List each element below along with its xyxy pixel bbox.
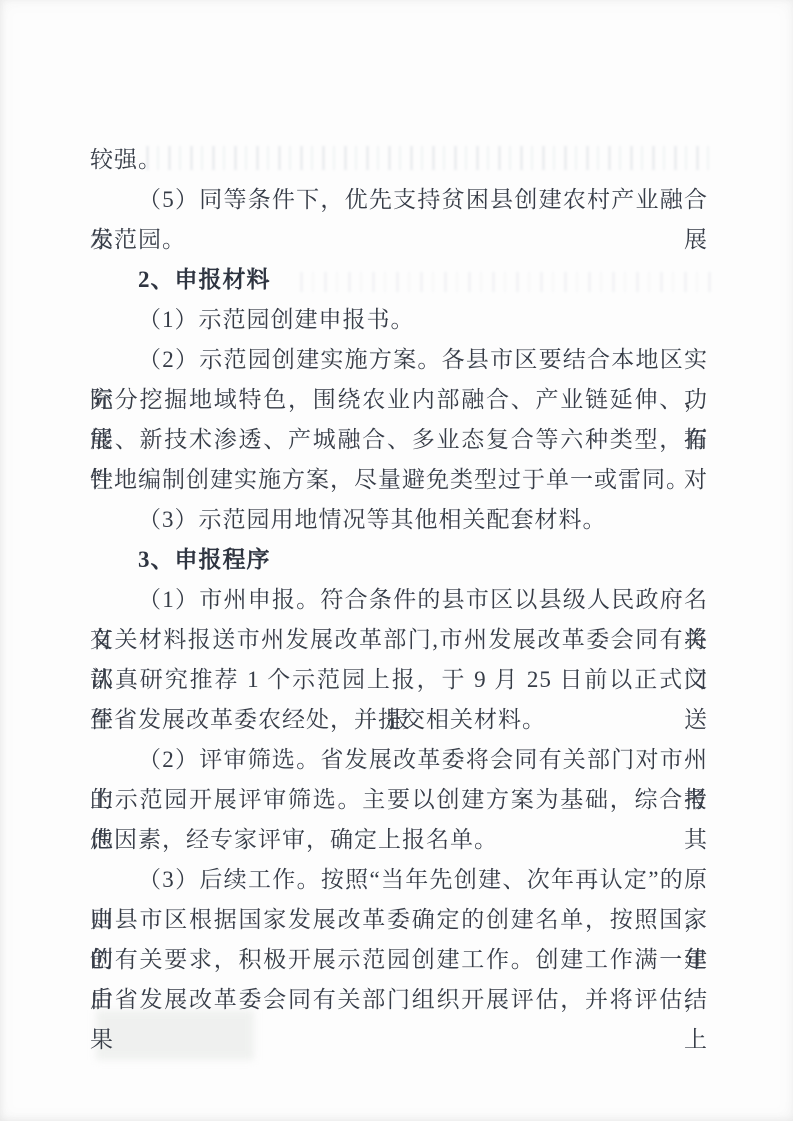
text-line: （3）后续工作。按照“当年先创建、次年再认定”的原则， (90, 860, 708, 900)
text-line: 有关材料报送市州发展改革部门,市州发展改革委会同有关部门 (90, 620, 708, 660)
text-line: （2）评审筛选。省发展改革委将会同有关部门对市州上报 (90, 740, 708, 780)
text-line: 的示范园开展评审筛选。主要以创建方案为基础，综合考虑其 (90, 780, 708, 820)
document-body: 较强。 （5）同等条件下，优先支持贫困县创建农村产业融合发展 示范园。 2、申报… (90, 140, 708, 1020)
text-line: （3）示范园用地情况等其他相关配套材料。 (90, 500, 708, 540)
text-line: （2）示范园创建实施方案。各县市区要结合本地区实际， (90, 340, 708, 380)
heading-application-materials: 2、申报材料 (90, 260, 708, 300)
text-line: 由县市区根据国家发展改革委确定的创建名单，按照国家创建 (90, 900, 708, 940)
text-line: 较强。 (90, 140, 708, 180)
text-line: 性地编制创建实施方案，尽量避免类型过于单一或雷同。 (90, 460, 708, 500)
heading-application-procedure: 3、申报程序 (90, 540, 708, 580)
text-line: （1）市州申报。符合条件的县市区以县级人民政府名义将 (90, 580, 708, 620)
text-line: 展、新技术渗透、产城融合、多业态复合等六种类型，有针对 (90, 420, 708, 460)
text-line: 由省发展改革委会同有关部门组织开展评估，并将评估结果上 (90, 980, 708, 1020)
text-line: 认真研究推荐 1 个示范园上报，于 9 月 25 日前以正式文件报送 (90, 660, 708, 700)
document-page: 较强。 （5）同等条件下，优先支持贫困县创建农村产业融合发展 示范园。 2、申报… (0, 0, 793, 1121)
text-line: （1）示范园创建申报书。 (90, 300, 708, 340)
text-line: 的有关要求，积极开展示范园创建工作。创建工作满一年后， (90, 940, 708, 980)
text-line: （5）同等条件下，优先支持贫困县创建农村产业融合发展 (90, 180, 708, 220)
text-line: 充分挖掘地域特色，围绕农业内部融合、产业链延伸、功能拓 (90, 380, 708, 420)
